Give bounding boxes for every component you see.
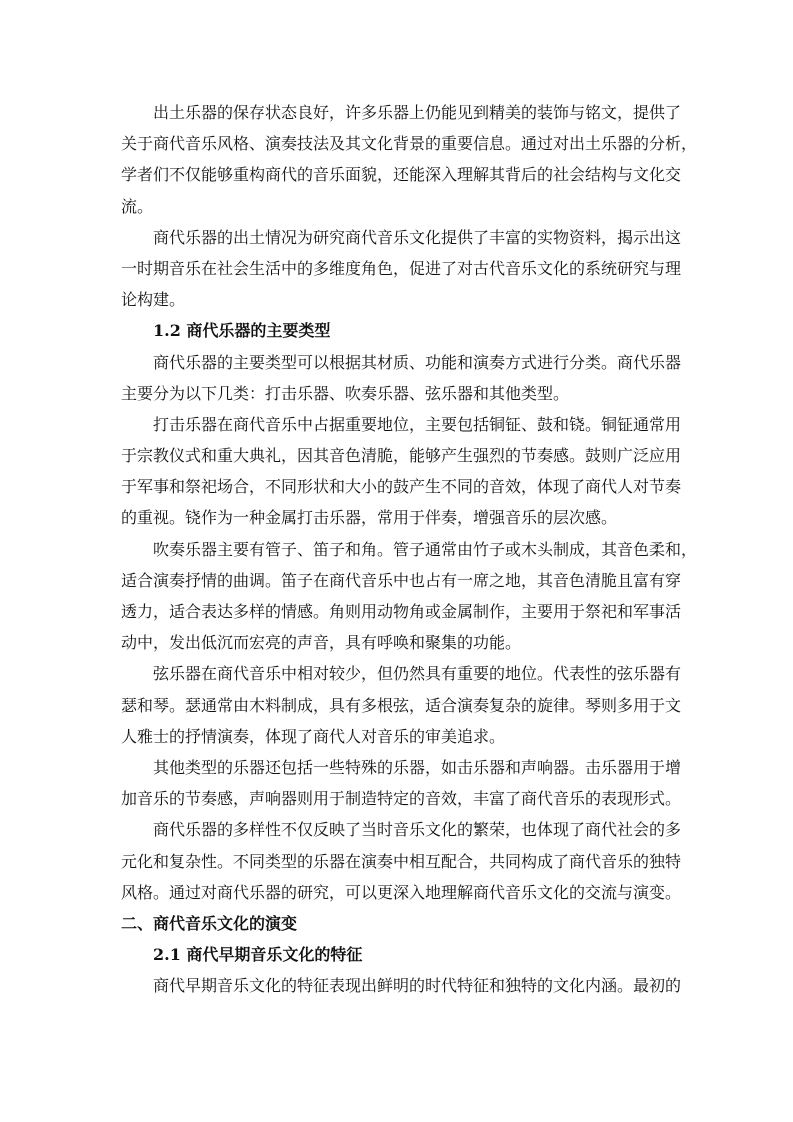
paragraph-line: 适合演奏抒情的曲调。笛子在商代音乐中也占有一席之地，其音色清脆且富有穿	[121, 565, 672, 596]
paragraph-line: 其他类型的乐器还包括一些特殊的乐器，如击乐器和声响器。击乐器用于增	[121, 752, 672, 783]
paragraph-line: 吹奏乐器主要有管子、笛子和角。管子通常由竹子或木头制成，其音色柔和，	[121, 534, 672, 565]
paragraph-line: 动中，发出低沉而宏亮的声音，具有呼唤和聚集的功能。	[121, 627, 672, 658]
section-heading-2-1: 2.1 商代早期音乐文化的特征	[121, 939, 672, 970]
paragraph-wind-instruments: 吹奏乐器主要有管子、笛子和角。管子通常由竹子或木头制成，其音色柔和， 适合演奏抒…	[121, 534, 672, 659]
paragraph-line: 加音乐的节奏感，声响器则用于制造特定的音效，丰富了商代音乐的表现形式。	[121, 783, 672, 814]
section-heading-1-2: 1.2 商代乐器的主要类型	[121, 315, 672, 346]
paragraph-string-instruments: 弦乐器在商代音乐中相对较少，但仍然具有重要的地位。代表性的弦乐器有 瑟和琴。瑟通…	[121, 658, 672, 752]
paragraph-line: 透力，适合表达多样的情感。角则用动物角或金属制作，主要用于祭祀和军事活	[121, 596, 672, 627]
paragraph-line: 商代乐器的出土情况为研究商代音乐文化提供了丰富的实物资料，揭示出这	[121, 222, 672, 253]
paragraph-excavation-significance: 商代乐器的出土情况为研究商代音乐文化提供了丰富的实物资料，揭示出这 一时期音乐在…	[121, 222, 672, 316]
paragraph-line: 元化和复杂性。不同类型的乐器在演奏中相互配合，共同构成了商代音乐的独特	[121, 846, 672, 877]
paragraph-line: 商代乐器的多样性不仅反映了当时音乐文化的繁荣，也体现了商代社会的多	[121, 814, 672, 845]
paragraph-line: 于军事和祭祀场合，不同形状和大小的鼓产生不同的音效，体现了商代人对节奏	[121, 471, 672, 502]
chapter-heading-2: 二、商代音乐文化的演变	[121, 908, 672, 939]
paragraph-instrument-classification: 商代乐器的主要类型可以根据其材质、功能和演奏方式进行分类。商代乐器 主要分为以下…	[121, 347, 672, 409]
paragraph-line: 主要分为以下几类：打击乐器、吹奏乐器、弦乐器和其他类型。	[121, 378, 672, 409]
paragraph-early-shang-music-features: 商代早期音乐文化的特征表现出鲜明的时代特征和独特的文化内涵。最初的	[121, 970, 672, 1001]
paragraph-percussion-instruments: 打击乐器在商代音乐中占据重要地位，主要包括铜钲、鼓和铙。铜钲通常用 于宗教仪式和…	[121, 409, 672, 534]
paragraph-line: 论构建。	[121, 284, 672, 315]
paragraph-excavated-instruments-preservation: 出土乐器的保存状态良好，许多乐器上仍能见到精美的装饰与铭文，提供了 关于商代音乐…	[121, 97, 672, 222]
document-page: 出土乐器的保存状态良好，许多乐器上仍能见到精美的装饰与铭文，提供了 关于商代音乐…	[121, 97, 672, 1001]
paragraph-line: 瑟和琴。瑟通常由木料制成，具有多根弦，适合演奏复杂的旋律。琴则多用于文	[121, 690, 672, 721]
paragraph-line: 出土乐器的保存状态良好，许多乐器上仍能见到精美的装饰与铭文，提供了	[121, 97, 672, 128]
paragraph-line: 流。	[121, 191, 672, 222]
paragraph-line: 人雅士的抒情演奏，体现了商代人对音乐的审美追求。	[121, 721, 672, 752]
paragraph-line: 风格。通过对商代乐器的研究，可以更深入地理解商代音乐文化的交流与演变。	[121, 877, 672, 908]
paragraph-line: 打击乐器在商代音乐中占据重要地位，主要包括铜钲、鼓和铙。铜钲通常用	[121, 409, 672, 440]
paragraph-line: 商代乐器的主要类型可以根据其材质、功能和演奏方式进行分类。商代乐器	[121, 347, 672, 378]
paragraph-line: 一时期音乐在社会生活中的多维度角色，促进了对古代音乐文化的系统研究与理	[121, 253, 672, 284]
paragraph-other-instruments: 其他类型的乐器还包括一些特殊的乐器，如击乐器和声响器。击乐器用于增 加音乐的节奏…	[121, 752, 672, 814]
paragraph-instrument-diversity: 商代乐器的多样性不仅反映了当时音乐文化的繁荣，也体现了商代社会的多 元化和复杂性…	[121, 814, 672, 908]
paragraph-line: 的重视。铙作为一种金属打击乐器，常用于伴奏，增强音乐的层次感。	[121, 502, 672, 533]
paragraph-line: 关于商代音乐风格、演奏技法及其文化背景的重要信息。通过对出土乐器的分析，	[121, 128, 672, 159]
paragraph-line: 弦乐器在商代音乐中相对较少，但仍然具有重要的地位。代表性的弦乐器有	[121, 658, 672, 689]
paragraph-line: 学者们不仅能够重构商代的音乐面貌，还能深入理解其背后的社会结构与文化交	[121, 159, 672, 190]
paragraph-line: 商代早期音乐文化的特征表现出鲜明的时代特征和独特的文化内涵。最初的	[121, 970, 672, 1001]
paragraph-line: 于宗教仪式和重大典礼，因其音色清脆，能够产生强烈的节奏感。鼓则广泛应用	[121, 440, 672, 471]
